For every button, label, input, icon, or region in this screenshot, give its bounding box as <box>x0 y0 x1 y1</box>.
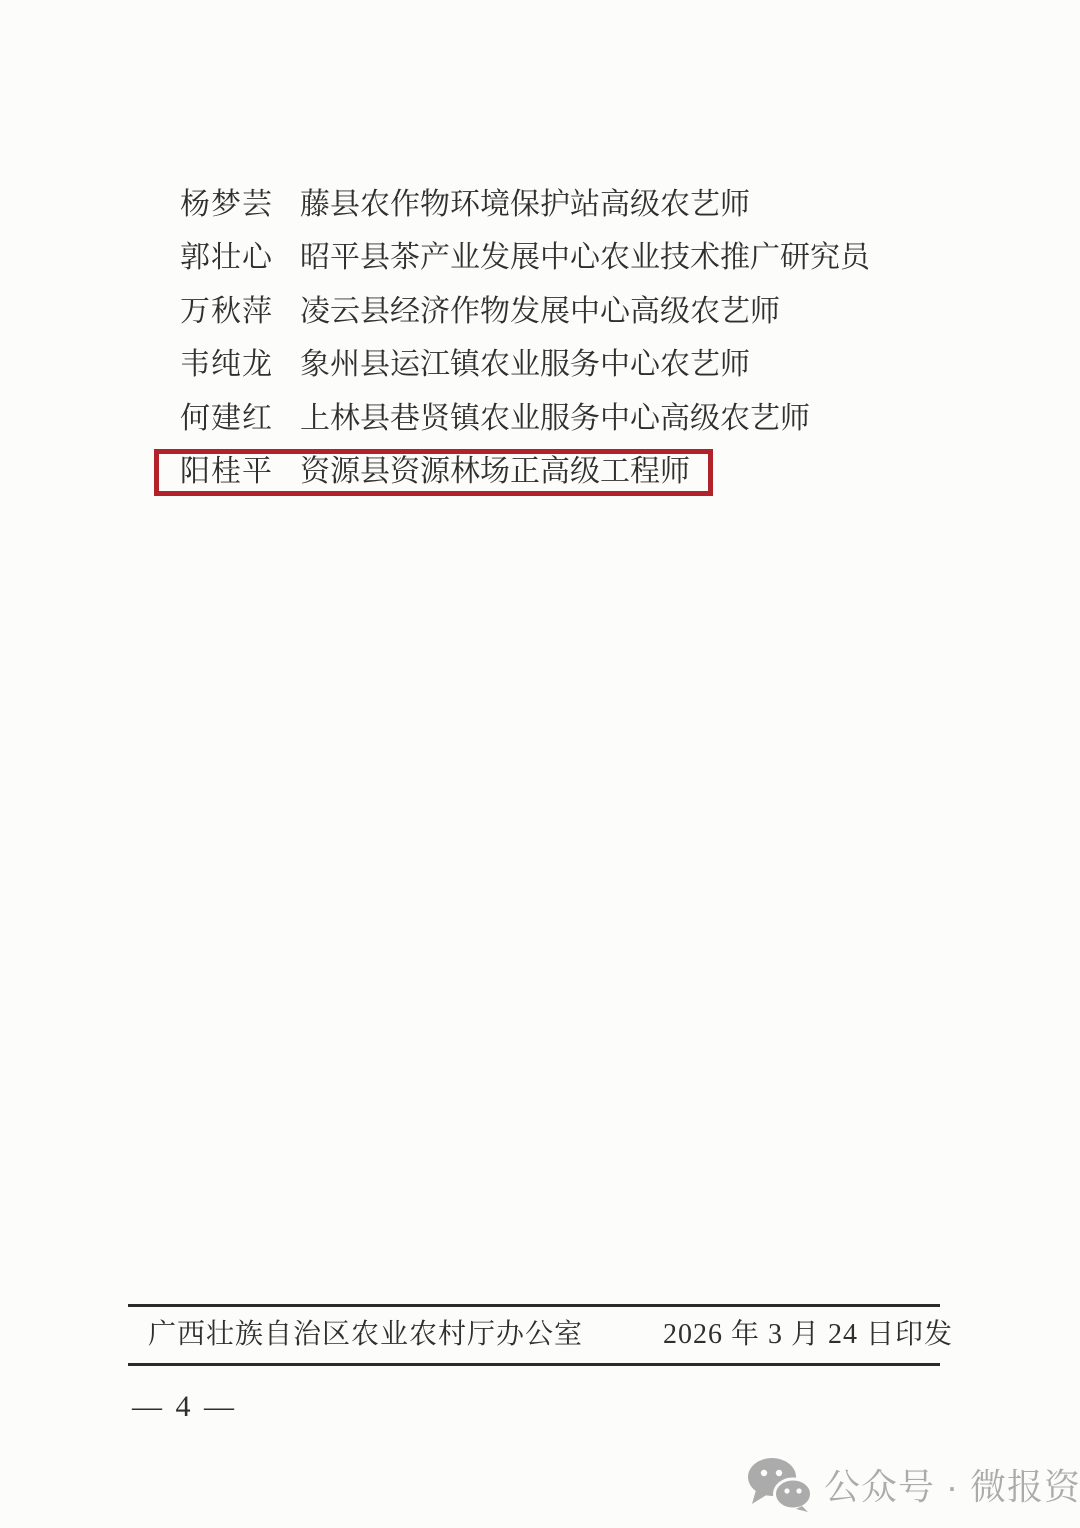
list-item: 杨梦芸 藤县农作物环境保护站高级农艺师 <box>0 178 1080 232</box>
person-title: 上林县巷贤镇农业服务中心高级农艺师 <box>300 404 810 434</box>
issuing-office: 广西壮族自治区农业农村厅办公室 <box>148 1318 583 1352</box>
person-name: 郭壮心 <box>180 243 300 273</box>
list-item: 韦纯龙 象州县运江镇农业服务中心农艺师 <box>0 339 1080 393</box>
footer-row: 广西壮族自治区农业农村厅办公室 2026 年 3 月 24 日印发 <box>0 1318 1080 1352</box>
list-item: 万秋萍 凌云县经济作物发展中心高级农艺师 <box>0 285 1080 339</box>
wechat-icon <box>746 1456 812 1512</box>
person-name: 何建红 <box>180 404 300 434</box>
list-item: 阳桂平 资源县资源林场正高级工程师 <box>0 446 1080 500</box>
page-number: — 4 — <box>132 1390 237 1424</box>
list-item: 郭壮心 昭平县茶产业发展中心农业技术推广研究员 <box>0 232 1080 286</box>
person-title: 藤县农作物环境保护站高级农艺师 <box>300 190 750 220</box>
person-title: 象州县运江镇农业服务中心农艺师 <box>300 350 750 380</box>
footer-bottom-rule <box>128 1363 940 1366</box>
person-title: 资源县资源林场正高级工程师 <box>300 457 690 487</box>
document-page: 杨梦芸 藤县农作物环境保护站高级农艺师 郭壮心 昭平县茶产业发展中心农业技术推广… <box>0 0 1080 1528</box>
watermark-label: 公众号 · 微报资源 <box>824 1459 1080 1510</box>
footer-top-rule <box>128 1304 940 1307</box>
appointee-list: 杨梦芸 藤县农作物环境保护站高级农艺师 郭壮心 昭平县茶产业发展中心农业技术推广… <box>0 178 1080 499</box>
wechat-watermark: 公众号 · 微报资源 <box>746 1456 1080 1512</box>
print-date: 2026 年 3 月 24 日印发 <box>663 1318 953 1352</box>
person-name: 阳桂平 <box>180 457 300 487</box>
person-name: 韦纯龙 <box>180 350 300 380</box>
person-name: 杨梦芸 <box>180 190 300 220</box>
list-item: 何建红 上林县巷贤镇农业服务中心高级农艺师 <box>0 392 1080 446</box>
person-title: 昭平县茶产业发展中心农业技术推广研究员 <box>300 243 870 273</box>
person-name: 万秋萍 <box>180 297 300 327</box>
person-title: 凌云县经济作物发展中心高级农艺师 <box>300 297 780 327</box>
